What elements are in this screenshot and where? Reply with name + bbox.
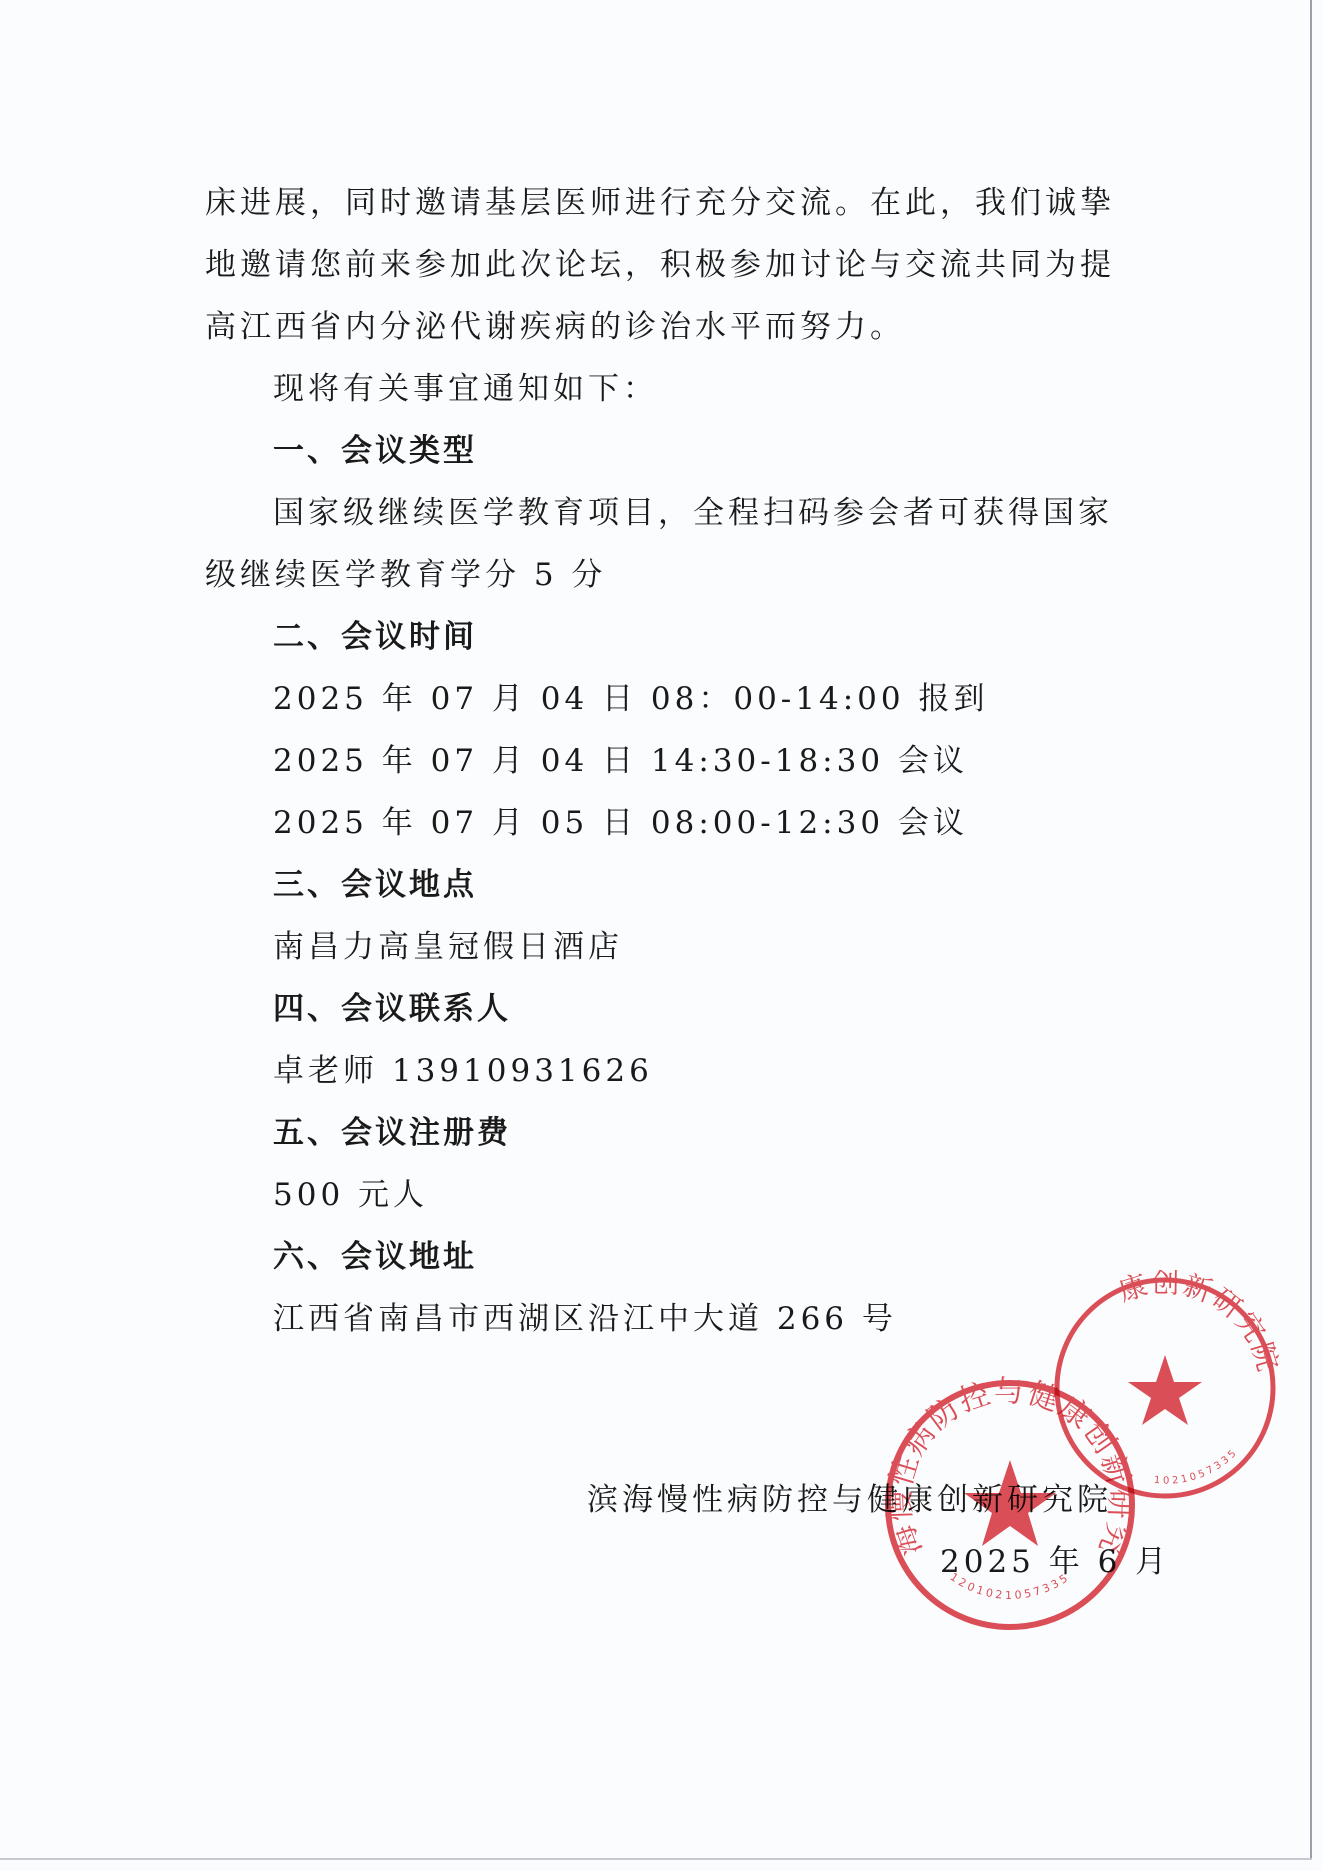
section-line: 500 元人 bbox=[205, 1164, 1125, 1226]
section-heading-venue: 三、会议地点 bbox=[205, 854, 1125, 916]
seam-seal-icon: 康创新研究院 1021057335 bbox=[1050, 1270, 1312, 1510]
section-line: 南昌力高皇冠假日酒店 bbox=[205, 916, 1125, 978]
section-heading-type: 一、会议类型 bbox=[205, 420, 1125, 482]
svg-text:1021057335: 1021057335 bbox=[1153, 1446, 1240, 1486]
paragraph-line: 高江西省内分泌代谢疾病的诊治水平而努力。 bbox=[205, 296, 1125, 358]
section-line: 级继续医学教育学分 5 分 bbox=[205, 544, 1125, 606]
document-body: 床进展，同时邀请基层医师进行充分交流。在此，我们诚挚 地邀请您前来参加此次论坛，… bbox=[205, 172, 1125, 1350]
section-line: 2025 年 07 月 04 日 14:30-18:30 会议 bbox=[205, 730, 1125, 792]
section-line: 国家级继续医学教育项目，全程扫码参会者可获得国家 bbox=[205, 482, 1125, 544]
section-heading-fee: 五、会议注册费 bbox=[205, 1102, 1125, 1164]
section-line: 江西省南昌市西湖区沿江中大道 266 号 bbox=[205, 1288, 1125, 1350]
intro-line: 现将有关事宜通知如下： bbox=[205, 358, 1125, 420]
svg-text:康创新研究院: 康创新研究院 bbox=[1115, 1270, 1285, 1377]
section-line: 卓老师 13910931626 bbox=[205, 1040, 1125, 1102]
section-line: 2025 年 07 月 04 日 08：00-14:00 报到 bbox=[205, 668, 1125, 730]
section-heading-address: 六、会议地址 bbox=[205, 1226, 1125, 1288]
svg-text:1201021057335: 1201021057335 bbox=[948, 1570, 1073, 1602]
section-heading-time: 二、会议时间 bbox=[205, 606, 1125, 668]
section-heading-contact: 四、会议联系人 bbox=[205, 978, 1125, 1040]
section-line: 2025 年 07 月 05 日 08:00-12:30 会议 bbox=[205, 792, 1125, 854]
paragraph-line: 地邀请您前来参加此次论坛，积极参加讨论与交流共同为提 bbox=[205, 234, 1125, 296]
paragraph-line: 床进展，同时邀请基层医师进行充分交流。在此，我们诚挚 bbox=[205, 172, 1125, 234]
page-edge-bottom bbox=[0, 1858, 1312, 1860]
page-edge-right bbox=[1310, 0, 1312, 1858]
